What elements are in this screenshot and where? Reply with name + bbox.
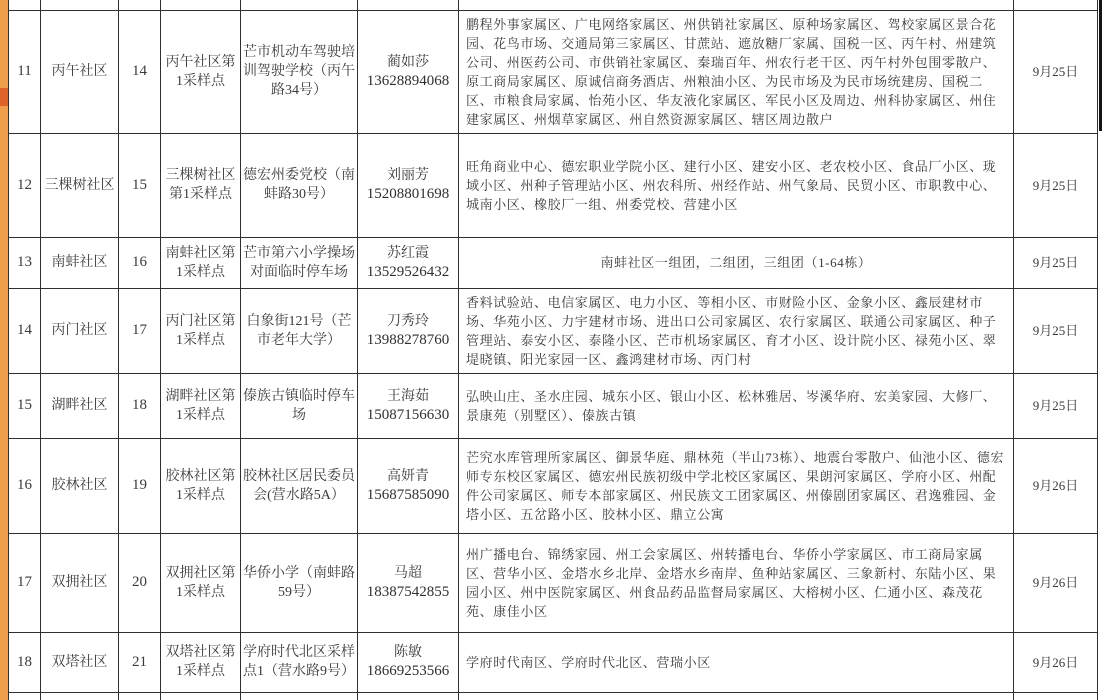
cell-point-name: 丙门社区第1采样点 bbox=[161, 288, 241, 373]
table-row: 15 湖畔社区 18 湖畔社区第1采样点 傣族古镇临时停车场 王海茹 15087… bbox=[9, 373, 1098, 438]
cell-point-number: 16 bbox=[119, 237, 161, 288]
cell-contact: 刘丽芳 15208801698 bbox=[358, 133, 459, 237]
contact-phone: 15208801698 bbox=[360, 185, 456, 204]
cell-date: 9月25日 bbox=[1014, 10, 1098, 133]
cell-point-name: 三棵树社区第1采样点 bbox=[161, 133, 241, 237]
cell-community: 三棵树社区 bbox=[41, 133, 119, 237]
cell-location: 胶林社区居民委员会(营水路5A） bbox=[241, 438, 358, 533]
contact-phone: 18669253566 bbox=[360, 662, 456, 681]
cell-point-name: 丙午社区第1采样点 bbox=[161, 10, 241, 133]
cell-coverage: 芒究水库管理所家属区、御景华庭、鼎林苑（半山73栋）、地震台零散户、仙池小区、德… bbox=[459, 438, 1014, 533]
cell-row-number: 18 bbox=[9, 632, 41, 692]
cell-contact: 王海茹 15087156630 bbox=[358, 373, 459, 438]
contact-name: 陈敏 bbox=[360, 643, 456, 662]
cell-point-name: 双塔社区第1采样点 bbox=[161, 632, 241, 692]
cell-date: 9月25日 bbox=[1014, 288, 1098, 373]
contact-phone: 18387542855 bbox=[360, 583, 456, 602]
cell-date: 9月25日 bbox=[1014, 373, 1098, 438]
cell-coverage: 鹏程外事家属区、广电网络家属区、州供销社家属区、原种场家属区、驾校家属区景合花园… bbox=[459, 10, 1014, 133]
table-row: 12 三棵树社区 15 三棵树社区第1采样点 德宏州委党校（南蚌路30号） 刘丽… bbox=[9, 133, 1098, 237]
contact-name: 高妍青 bbox=[360, 467, 456, 486]
cell-coverage: 学府时代南区、学府时代北区、营瑞小区 bbox=[459, 632, 1014, 692]
cell-coverage: 弘映山庄、圣水庄园、城东小区、银山小区、松林雅居、岑溪华府、宏美家园、大修厂、景… bbox=[459, 373, 1014, 438]
cell-community: 双拥社区 bbox=[41, 533, 119, 632]
cell-coverage: 州广播电台、锦绣家园、州工会家属区、州转播电台、华侨小学家属区、市工商局家属区、… bbox=[459, 533, 1014, 632]
cell-community: 丙午社区 bbox=[41, 10, 119, 133]
cell-coverage: 南蚌社区一组团，二组团，三组团（1-64栋） bbox=[459, 237, 1014, 288]
cell-row-number: 16 bbox=[9, 438, 41, 533]
sampling-points-table: 11 丙午社区 14 丙午社区第1采样点 芒市机动车驾驶培训驾驶学校（丙午路34… bbox=[8, 0, 1098, 700]
contact-phone: 15087156630 bbox=[360, 406, 456, 425]
cell-date: 9月26日 bbox=[1014, 632, 1098, 692]
cell-point-name: 双拥社区第1采样点 bbox=[161, 533, 241, 632]
cell-point-number: 15 bbox=[119, 133, 161, 237]
contact-name: 苏红霞 bbox=[360, 244, 456, 263]
cell-contact: 蔺如莎 13628894068 bbox=[358, 10, 459, 133]
cell-point-number: 17 bbox=[119, 288, 161, 373]
cell-row-number: 14 bbox=[9, 288, 41, 373]
cell-location: 学府时代北区采样点1（营水路9号） bbox=[241, 632, 358, 692]
cell-row-number: 12 bbox=[9, 133, 41, 237]
cell-community: 丙门社区 bbox=[41, 288, 119, 373]
contact-phone: 13529526432 bbox=[360, 263, 456, 282]
cell-contact: 苏红霞 13529526432 bbox=[358, 237, 459, 288]
contact-name: 刘丽芳 bbox=[360, 166, 456, 185]
table-row: 13 南蚌社区 16 南蚌社区第1采样点 芒市第六小学操场对面临时停车场 苏红霞… bbox=[9, 237, 1098, 288]
cell-point-number: 19 bbox=[119, 438, 161, 533]
table-row: 17 双拥社区 20 双拥社区第1采样点 华侨小学（南蚌路59号） 马超 183… bbox=[9, 533, 1098, 632]
cell-date: 9月25日 bbox=[1014, 237, 1098, 288]
cell-point-name: 南蚌社区第1采样点 bbox=[161, 237, 241, 288]
cell-row-number: 17 bbox=[9, 533, 41, 632]
cell-community: 湖畔社区 bbox=[41, 373, 119, 438]
cell-row-number: 11 bbox=[9, 10, 41, 133]
table-row: 16 胶林社区 19 胶林社区第1采样点 胶林社区居民委员会(营水路5A） 高妍… bbox=[9, 438, 1098, 533]
cell-location: 芒市第六小学操场对面临时停车场 bbox=[241, 237, 358, 288]
cell-location: 芒市机动车驾驶培训驾驶学校（丙午路34号） bbox=[241, 10, 358, 133]
cell-location: 白象街121号（芒市老年大学） bbox=[241, 288, 358, 373]
cell-location: 傣族古镇临时停车场 bbox=[241, 373, 358, 438]
cell-location: 德宏州委党校（南蚌路30号） bbox=[241, 133, 358, 237]
cell-contact: 高妍青 15687585090 bbox=[358, 438, 459, 533]
cell-contact: 陈敏 18669253566 bbox=[358, 632, 459, 692]
contact-name: 蔺如莎 bbox=[360, 53, 456, 72]
cell-point-number: 21 bbox=[119, 632, 161, 692]
table-row: 14 丙门社区 17 丙门社区第1采样点 白象街121号（芒市老年大学） 刀秀玲… bbox=[9, 288, 1098, 373]
selection-border-line bbox=[1099, 0, 1102, 131]
contact-name: 刀秀玲 bbox=[360, 312, 456, 331]
contact-name: 王海茹 bbox=[360, 387, 456, 406]
table-row: 18 双塔社区 21 双塔社区第1采样点 学府时代北区采样点1（营水路9号） 陈… bbox=[9, 632, 1098, 692]
cell-community: 胶林社区 bbox=[41, 438, 119, 533]
contact-phone: 15687585090 bbox=[360, 486, 456, 505]
partial-row-top bbox=[9, 0, 1098, 10]
cell-point-number: 18 bbox=[119, 373, 161, 438]
cell-row-number: 15 bbox=[9, 373, 41, 438]
cell-contact: 马超 18387542855 bbox=[358, 533, 459, 632]
cell-point-name: 胶林社区第1采样点 bbox=[161, 438, 241, 533]
document-page: 11 丙午社区 14 丙午社区第1采样点 芒市机动车驾驶培训驾驶学校（丙午路34… bbox=[0, 0, 1112, 700]
left-strip-marker bbox=[0, 88, 8, 106]
contact-name: 马超 bbox=[360, 564, 456, 583]
cell-point-name: 湖畔社区第1采样点 bbox=[161, 373, 241, 438]
partial-row-bottom bbox=[9, 692, 1098, 700]
table-row: 11 丙午社区 14 丙午社区第1采样点 芒市机动车驾驶培训驾驶学校（丙午路34… bbox=[9, 10, 1098, 133]
cell-date: 9月26日 bbox=[1014, 438, 1098, 533]
cell-community: 双塔社区 bbox=[41, 632, 119, 692]
cell-coverage: 香料试验站、电信家属区、电力小区、等相小区、市财险小区、金象小区、鑫辰建材市场、… bbox=[459, 288, 1014, 373]
cell-community: 南蚌社区 bbox=[41, 237, 119, 288]
contact-phone: 13988278760 bbox=[360, 331, 456, 350]
cell-date: 9月25日 bbox=[1014, 133, 1098, 237]
cell-coverage: 旺角商业中心、德宏职业学院小区、建行小区、建安小区、老农校小区、食品厂小区、珑域… bbox=[459, 133, 1014, 237]
cell-point-number: 20 bbox=[119, 533, 161, 632]
cell-point-number: 14 bbox=[119, 10, 161, 133]
cell-row-number: 13 bbox=[9, 237, 41, 288]
cell-contact: 刀秀玲 13988278760 bbox=[358, 288, 459, 373]
cell-location: 华侨小学（南蚌路59号） bbox=[241, 533, 358, 632]
contact-phone: 13628894068 bbox=[360, 72, 456, 91]
cell-date: 9月26日 bbox=[1014, 533, 1098, 632]
